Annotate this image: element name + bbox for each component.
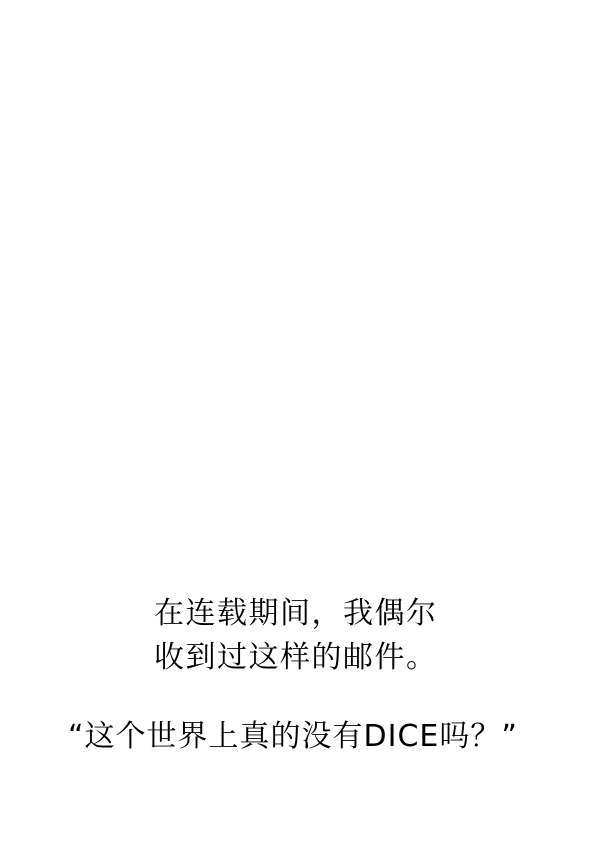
quoted-email-text: “这个世界上真的没有DICE吗？” bbox=[68, 715, 538, 759]
comic-panel: 在连载期间，我偶尔 收到过这样的邮件。 “这个世界上真的没有DICE吗？” bbox=[0, 0, 600, 866]
narration-caption: 在连载期间，我偶尔 收到过这样的邮件。 bbox=[154, 592, 454, 680]
narration-line-2: 收到过这样的邮件。 bbox=[154, 636, 454, 680]
narration-line-1: 在连载期间，我偶尔 bbox=[154, 592, 454, 636]
